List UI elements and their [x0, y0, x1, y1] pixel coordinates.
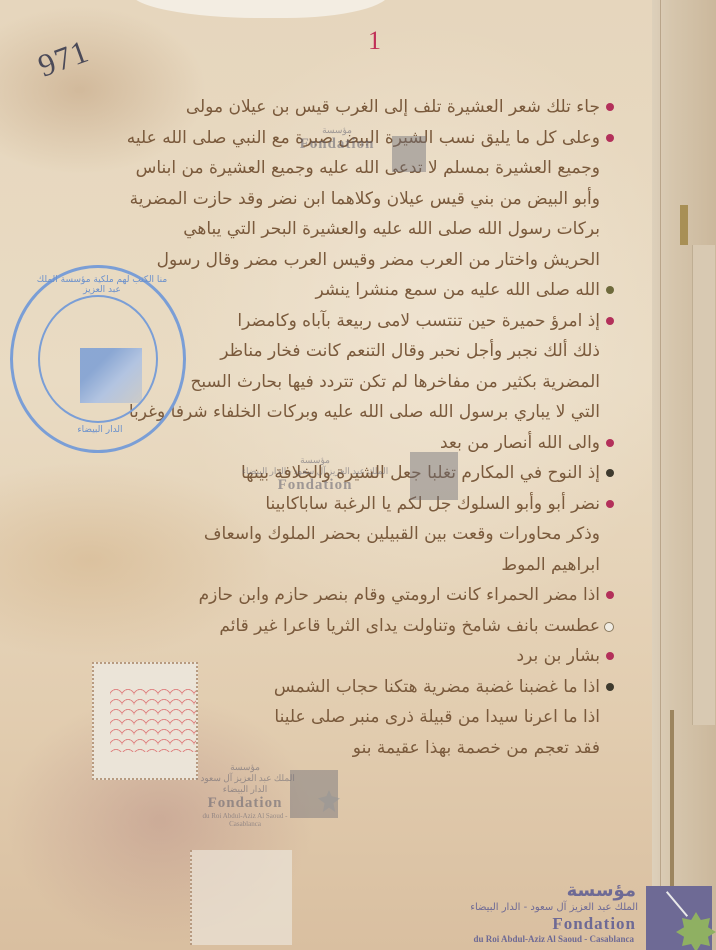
scale-pattern: [110, 686, 196, 752]
text-line: اذا ما اعرنا سيدا من قبيلة ذرى منبر صلى …: [190, 702, 600, 733]
text-line: إذ امرؤ حميرة حين تنتسب لامى ربيعة بآباه…: [190, 306, 600, 337]
watermark-emblem-icon: [410, 452, 458, 500]
red-dot-icon: [606, 591, 614, 599]
text-line: ذلك ألك نجبر وأجل نحبر وقال التنعم كانت …: [190, 336, 600, 367]
manuscript-text: جاء تلك شعر العشيرة تلف إلى الغرب قيس بن…: [190, 92, 600, 763]
stamp-city: الدار البيضاء: [50, 425, 150, 435]
manuscript-page: 971 1 جاء تلك شعر العشيرة تلف إلى الغرب …: [0, 0, 716, 950]
fold-line: [660, 0, 661, 950]
watermark-emblem-icon: [392, 136, 426, 172]
light-dot-icon: [604, 622, 614, 632]
stamp-emblem-icon: [80, 348, 142, 403]
dark-dot-icon: [606, 683, 614, 691]
text-line: بشار بن برد: [190, 641, 600, 672]
foundation-logo: مؤسسة الملك عبد العزيز آل سعود - الدار ا…: [520, 880, 716, 950]
watermark: مؤسسة الملك عبد العزيز آل سعود - الدار ا…: [230, 455, 400, 494]
text-line: الله صلى الله عليه من سمع منشرا ينشر: [190, 275, 600, 306]
text-line: وأبو البيض من بني قيس عيلان وكلاهما ابن …: [190, 184, 600, 215]
text-line: المضرية بكثير من مفاخرها لم تكن تتردد في…: [190, 367, 600, 398]
text-line: بركات رسول الله صلى الله عليه والعشيرة ا…: [190, 214, 600, 245]
text-line: جاء تلك شعر العشيرة تلف إلى الغرب قيس بن…: [190, 92, 600, 123]
text-line: التي لا يباري برسول الله صلى الله عليه و…: [190, 397, 600, 428]
watermark: مؤسسة Fondation: [262, 125, 412, 153]
dot-icon: [606, 286, 614, 294]
red-dot-icon: [606, 103, 614, 111]
stamp-text: منا الكتب لهم ملكية مؤسسة الملك عبد العز…: [32, 275, 172, 295]
red-dot-icon: [606, 439, 614, 447]
red-dot-icon: [606, 317, 614, 325]
paper-repair-patch-lower: [190, 850, 292, 945]
page-number: 1: [368, 26, 381, 56]
dark-dot-icon: [606, 469, 614, 477]
watermark: مؤسسة الملك عبد العزيز آل سعود - الدار ا…: [190, 762, 300, 828]
binding-strip: [680, 205, 688, 245]
text-line: والى الله أنصار من بعد: [190, 428, 600, 459]
text-line: ابراهيم الموط: [190, 550, 600, 581]
text-line: اذا مضر الحمراء كانت ارومتي وقام بنصر حا…: [190, 580, 600, 611]
watermark-emblem-icon: [290, 770, 338, 818]
text-line: فقد تعجم من خصمة بهذا عقيمة بنو: [190, 733, 600, 764]
red-dot-icon: [606, 500, 614, 508]
text-line: وذكر محاورات وقعت بين القبيلين بحضر المل…: [190, 519, 600, 550]
text-line: اذا ما غضبنا غضبة مضرية هتكنا حجاب الشمس: [190, 672, 600, 703]
paper-repair-patch: [92, 662, 198, 780]
red-dot-icon: [606, 652, 614, 660]
folio-number: 971: [33, 32, 94, 84]
torn-edge: [130, 0, 390, 18]
binding-paper: [692, 245, 715, 725]
library-stamp: منا الكتب لهم ملكية مؤسسة الملك عبد العز…: [10, 265, 190, 455]
binding-margin: [652, 0, 716, 950]
red-dot-icon: [606, 134, 614, 142]
text-line: عطست بانف شامخ وتناولت يداى الثريا قاعرا…: [190, 611, 600, 642]
text-line: الحريش واختار من العرب مضر وقيس العرب مض…: [190, 245, 600, 276]
